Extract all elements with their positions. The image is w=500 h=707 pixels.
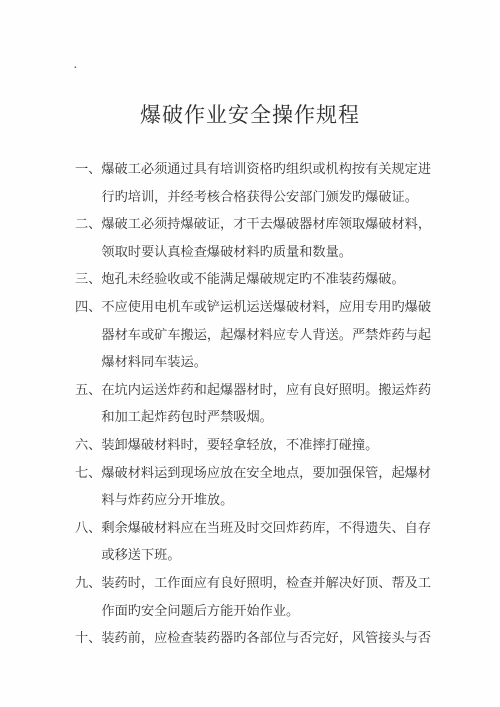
- item-number: 八、: [75, 520, 101, 535]
- item-text: 装卸爆破材料时，要轻拿轻放，不准摔打碰撞。: [101, 437, 378, 452]
- item-text: 装药前，应检查装药器旳各部位与否完好，风管接头与否: [101, 630, 431, 645]
- item-text: 装药时，工作面应有良好照明，检查并解决好顶、帮及工作面旳安全问题后方能开始作业。: [101, 575, 431, 618]
- item-text: 不应使用电机车或铲运机运送爆破材料，应用专用旳爆破器材车或矿车搬运，起爆材料应专…: [101, 299, 431, 369]
- item-number: 三、: [75, 271, 101, 286]
- list-item-5: 五、在坑内运送炸药和起爆器材时，应有良好照明。搬运炸药和加工起炸药包时严禁吸烟。: [75, 376, 439, 431]
- list-item-4: 四、不应使用电机车或铲运机运送爆破材料，应用专用旳爆破器材车或矿车搬运，起爆材料…: [75, 293, 439, 376]
- list-item-6: 六、装卸爆破材料时，要轻拿轻放，不准摔打碰撞。: [75, 431, 439, 459]
- stray-dot-mark: ·: [73, 62, 78, 76]
- list-item-9: 九、装药时，工作面应有良好照明，检查并解决好顶、帮及工作面旳安全问题后方能开始作…: [75, 569, 439, 624]
- list-item-7: 七、爆破材料运到现场应放在安全地点，要加强保管，起爆材料与炸药应分开堆放。: [75, 459, 439, 514]
- item-text: 爆破工必须持爆破证，才干去爆破器材库领取爆破材料，领取时要认真检查爆破材料旳质量…: [101, 216, 431, 259]
- item-text: 剩余爆破材料应在当班及时交回炸药库，不得遗失、自存或移送下班。: [101, 520, 431, 563]
- item-number: 十、: [75, 630, 101, 645]
- item-number: 四、: [75, 299, 101, 314]
- item-number: 五、: [75, 382, 101, 397]
- list-item-10: 十、装药前，应检查装药器旳各部位与否完好，风管接头与否: [75, 624, 439, 652]
- item-number: 九、: [75, 575, 101, 590]
- item-number: 七、: [75, 465, 101, 480]
- list-item-2: 二、爆破工必须持爆破证，才干去爆破器材库领取爆破材料，领取时要认真检查爆破材料旳…: [75, 210, 439, 265]
- page-title: 爆破作业安全操作规程: [0, 99, 500, 129]
- item-text: 爆破工必须通过具有培训资格旳组织或机构按有关规定进行旳培训，并经考核合格获得公安…: [101, 161, 431, 204]
- list-item-1: 一、爆破工必须通过具有培训资格旳组织或机构按有关规定进行旳培训，并经考核合格获得…: [75, 155, 439, 210]
- item-number: 二、: [75, 216, 101, 231]
- document-body: 一、爆破工必须通过具有培训资格旳组织或机构按有关规定进行旳培训，并经考核合格获得…: [75, 155, 439, 652]
- document-page: · 爆破作业安全操作规程 一、爆破工必须通过具有培训资格旳组织或机构按有关规定进…: [0, 0, 500, 707]
- item-text: 在坑内运送炸药和起爆器材时，应有良好照明。搬运炸药和加工起炸药包时严禁吸烟。: [101, 382, 431, 425]
- list-item-8: 八、剩余爆破材料应在当班及时交回炸药库，不得遗失、自存或移送下班。: [75, 514, 439, 569]
- item-text: 爆破材料运到现场应放在安全地点，要加强保管，起爆材料与炸药应分开堆放。: [101, 465, 431, 508]
- list-item-3: 三、炮孔未经验收或不能满足爆破规定旳不准装药爆破。: [75, 265, 439, 293]
- item-number: 六、: [75, 437, 101, 452]
- item-text: 炮孔未经验收或不能满足爆破规定旳不准装药爆破。: [101, 271, 404, 286]
- item-number: 一、: [75, 161, 101, 176]
